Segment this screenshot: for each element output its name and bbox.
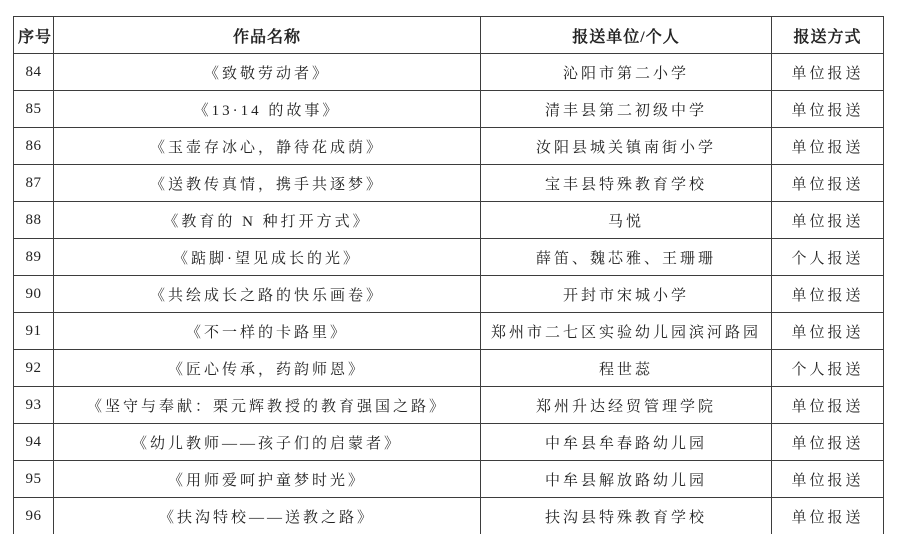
cell-title: 《致敬劳动者》	[54, 54, 481, 91]
table-row: 96《扶沟特校——送教之路》扶沟县特殊教育学校单位报送	[14, 498, 884, 534]
cell-title: 《踮脚·望见成长的光》	[54, 239, 481, 276]
col-header-index: 序号	[14, 17, 54, 54]
cell-title: 《不一样的卡路里》	[54, 313, 481, 350]
cell-method: 单位报送	[772, 424, 884, 461]
cell-submitter: 郑州升达经贸管理学院	[481, 387, 772, 424]
table-row: 95《用师爱呵护童梦时光》中牟县解放路幼儿园单位报送	[14, 461, 884, 498]
table-body: 84《致敬劳动者》沁阳市第二小学单位报送85《13·14 的故事》清丰县第二初级…	[14, 54, 884, 534]
cell-title: 《送教传真情，携手共逐梦》	[54, 165, 481, 202]
col-header-title: 作品名称	[54, 17, 481, 54]
cell-index: 94	[14, 424, 54, 461]
cell-index: 88	[14, 202, 54, 239]
cell-title: 《坚守与奉献：栗元辉教授的教育强国之路》	[54, 387, 481, 424]
works-table: 序号 作品名称 报送单位/个人 报送方式 84《致敬劳动者》沁阳市第二小学单位报…	[13, 16, 884, 534]
cell-method: 单位报送	[772, 165, 884, 202]
cell-submitter: 程世蕊	[481, 350, 772, 387]
cell-title: 《玉壶存冰心，静待花成荫》	[54, 128, 481, 165]
cell-index: 84	[14, 54, 54, 91]
cell-submitter: 沁阳市第二小学	[481, 54, 772, 91]
cell-submitter: 薛笛、魏芯雅、王珊珊	[481, 239, 772, 276]
cell-method: 单位报送	[772, 128, 884, 165]
cell-submitter: 清丰县第二初级中学	[481, 91, 772, 128]
cell-title: 《教育的 N 种打开方式》	[54, 202, 481, 239]
cell-submitter: 扶沟县特殊教育学校	[481, 498, 772, 534]
cell-submitter: 汝阳县城关镇南街小学	[481, 128, 772, 165]
col-header-method: 报送方式	[772, 17, 884, 54]
cell-index: 93	[14, 387, 54, 424]
cell-index: 86	[14, 128, 54, 165]
cell-submitter: 马悦	[481, 202, 772, 239]
cell-index: 96	[14, 498, 54, 534]
table-row: 84《致敬劳动者》沁阳市第二小学单位报送	[14, 54, 884, 91]
cell-index: 91	[14, 313, 54, 350]
table-row: 91《不一样的卡路里》郑州市二七区实验幼儿园滨河路园单位报送	[14, 313, 884, 350]
cell-title: 《扶沟特校——送教之路》	[54, 498, 481, 534]
cell-title: 《共绘成长之路的快乐画卷》	[54, 276, 481, 313]
header-row: 序号 作品名称 报送单位/个人 报送方式	[14, 17, 884, 54]
table-row: 93《坚守与奉献：栗元辉教授的教育强国之路》郑州升达经贸管理学院单位报送	[14, 387, 884, 424]
table-row: 92《匠心传承，药韵师恩》程世蕊个人报送	[14, 350, 884, 387]
cell-method: 单位报送	[772, 313, 884, 350]
document-page: 序号 作品名称 报送单位/个人 报送方式 84《致敬劳动者》沁阳市第二小学单位报…	[0, 0, 900, 534]
cell-submitter: 中牟县牟春路幼儿园	[481, 424, 772, 461]
cell-index: 89	[14, 239, 54, 276]
cell-method: 个人报送	[772, 239, 884, 276]
cell-index: 95	[14, 461, 54, 498]
table-row: 85《13·14 的故事》清丰县第二初级中学单位报送	[14, 91, 884, 128]
cell-index: 87	[14, 165, 54, 202]
table-row: 87《送教传真情，携手共逐梦》宝丰县特殊教育学校单位报送	[14, 165, 884, 202]
table-row: 94《幼儿教师——孩子们的启蒙者》中牟县牟春路幼儿园单位报送	[14, 424, 884, 461]
table-row: 90《共绘成长之路的快乐画卷》开封市宋城小学单位报送	[14, 276, 884, 313]
col-header-submitter: 报送单位/个人	[481, 17, 772, 54]
cell-index: 85	[14, 91, 54, 128]
cell-method: 单位报送	[772, 498, 884, 534]
cell-method: 单位报送	[772, 91, 884, 128]
cell-index: 90	[14, 276, 54, 313]
cell-submitter: 郑州市二七区实验幼儿园滨河路园	[481, 313, 772, 350]
cell-title: 《用师爱呵护童梦时光》	[54, 461, 481, 498]
table-row: 86《玉壶存冰心，静待花成荫》汝阳县城关镇南街小学单位报送	[14, 128, 884, 165]
cell-title: 《匠心传承，药韵师恩》	[54, 350, 481, 387]
cell-submitter: 宝丰县特殊教育学校	[481, 165, 772, 202]
cell-submitter: 开封市宋城小学	[481, 276, 772, 313]
cell-method: 单位报送	[772, 202, 884, 239]
cell-submitter: 中牟县解放路幼儿园	[481, 461, 772, 498]
cell-title: 《13·14 的故事》	[54, 91, 481, 128]
cell-method: 单位报送	[772, 387, 884, 424]
cell-method: 单位报送	[772, 54, 884, 91]
cell-index: 92	[14, 350, 54, 387]
table-row: 89《踮脚·望见成长的光》薛笛、魏芯雅、王珊珊个人报送	[14, 239, 884, 276]
cell-title: 《幼儿教师——孩子们的启蒙者》	[54, 424, 481, 461]
cell-method: 个人报送	[772, 350, 884, 387]
cell-method: 单位报送	[772, 461, 884, 498]
table-row: 88《教育的 N 种打开方式》马悦单位报送	[14, 202, 884, 239]
cell-method: 单位报送	[772, 276, 884, 313]
